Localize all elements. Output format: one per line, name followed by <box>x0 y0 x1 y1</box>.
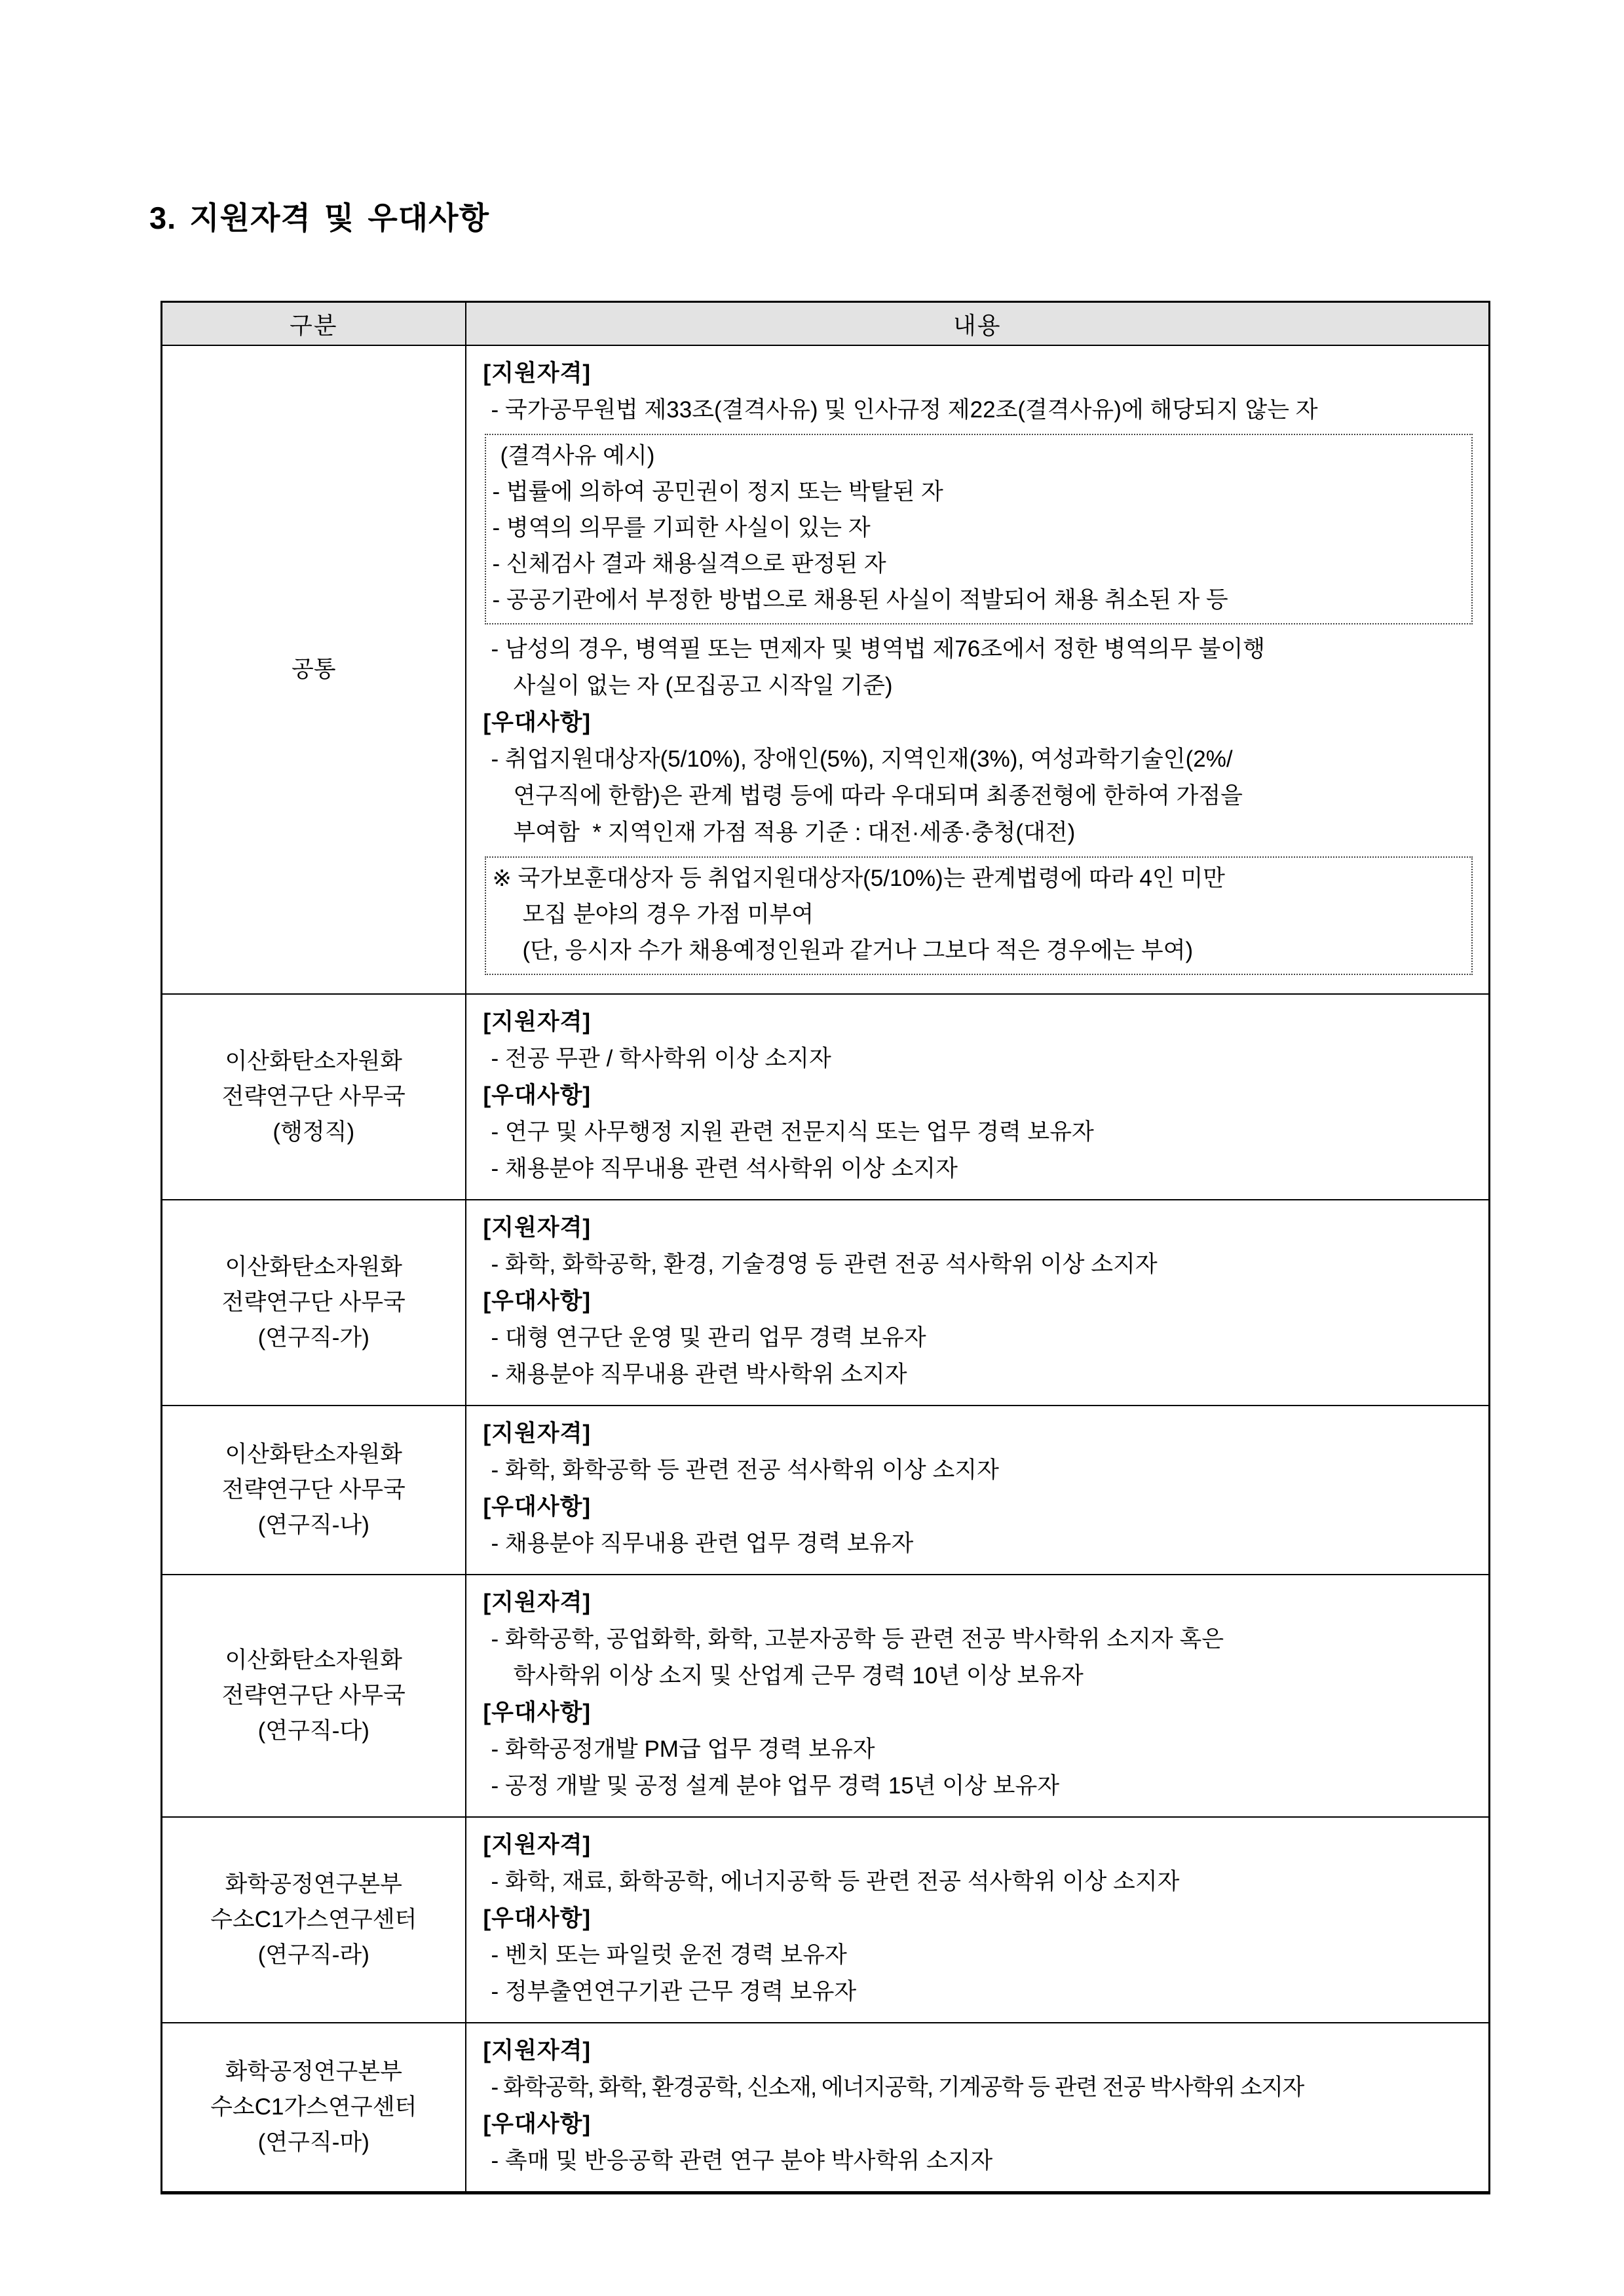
content-line: - 채용분야 직무내용 관련 박사학위 소지자 <box>483 1356 1482 1393</box>
content-line: (단, 응시자 수가 채용예정인원과 같거나 그보다 적은 경우에는 부여) <box>493 932 1462 968</box>
content-line: - 채용분야 직무내용 관련 업무 경력 보유자 <box>483 1525 1482 1562</box>
content-line: - 화학공정개발 PM급 업무 경력 보유자 <box>483 1731 1482 1768</box>
section-label: [우대사항] <box>483 1694 1482 1731</box>
category-line: (연구직-가) <box>166 1320 461 1356</box>
category-cell: 이산화탄소자원화전략연구단 사무국(연구직-다) <box>162 1575 466 1817</box>
category-cell: 이산화탄소자원화전략연구단 사무국(연구직-나) <box>162 1406 466 1575</box>
content-line: - 신체검사 결과 채용실격으로 판정된 자 <box>493 546 1462 582</box>
content-line: - 화학, 화학공학, 환경, 기술경영 등 관련 전공 석사학위 이상 소지자 <box>483 1246 1482 1283</box>
content-line: - 공공기관에서 부정한 방법으로 채용된 사실이 적발되어 채용 취소된 자 … <box>493 582 1462 618</box>
category-line: (연구직-다) <box>166 1713 461 1749</box>
content-cell: [지원자격]- 화학, 화학공학, 환경, 기술경영 등 관련 전공 석사학위 … <box>466 1200 1490 1406</box>
section-label: [우대사항] <box>483 1077 1482 1114</box>
category-line: 화학공정연구본부 <box>166 2054 461 2090</box>
section-label: [지원자격] <box>483 1827 1482 1864</box>
content-line: - 전공 무관 / 학사학위 이상 소지자 <box>483 1041 1482 1077</box>
content-line: 모집 분야의 경우 가점 미부여 <box>493 896 1462 932</box>
content-line: - 병역의 의무를 기피한 사실이 있는 자 <box>493 510 1462 546</box>
table-row: 이산화탄소자원화전략연구단 사무국(연구직-가)[지원자격]- 화학, 화학공학… <box>162 1200 1490 1406</box>
category-line: 전략연구단 사무국 <box>166 1472 461 1508</box>
category-line: 전략연구단 사무국 <box>166 1678 461 1713</box>
section-label: [지원자격] <box>483 1004 1482 1041</box>
qualifications-table: 구분 내용 공통[지원자격]- 국가공무원법 제33조(결격사유) 및 인사규정… <box>161 301 1490 2194</box>
category-line: 수소C1가스연구센터 <box>166 2090 461 2125</box>
table-body: 공통[지원자격]- 국가공무원법 제33조(결격사유) 및 인사규정 제22조(… <box>162 345 1490 2193</box>
section-label: [지원자격] <box>483 1584 1482 1621</box>
content-line: - 채용분야 직무내용 관련 석사학위 이상 소지자 <box>483 1151 1482 1187</box>
content-line: - 남성의 경우, 병역필 또는 면제자 및 병역법 제76조에서 정한 병역의… <box>483 631 1482 668</box>
content-line: - 화학공학, 화학, 환경공학, 신소재, 에너지공학, 기계공학 등 관련 … <box>483 2069 1482 2106</box>
content-cell: [지원자격]- 전공 무관 / 학사학위 이상 소지자[우대사항]- 연구 및 … <box>466 994 1490 1200</box>
content-line: - 공정 개발 및 공정 설계 분야 업무 경력 15년 이상 보유자 <box>483 1768 1482 1805</box>
content-cell: [지원자격]- 화학, 화학공학 등 관련 전공 석사학위 이상 소지자[우대사… <box>466 1406 1490 1575</box>
document-page: 3. 지원자격 및 우대사항 구분 내용 공통[지원자격]- 국가공무원법 제3… <box>0 0 1624 2194</box>
section-label: [우대사항] <box>483 1283 1482 1320</box>
category-line: 이산화탄소자원화 <box>166 1250 461 1285</box>
category-cell: 이산화탄소자원화전략연구단 사무국(연구직-가) <box>162 1200 466 1406</box>
table-row: 이산화탄소자원화전략연구단 사무국(행정직)[지원자격]- 전공 무관 / 학사… <box>162 994 1490 1200</box>
content-line: - 촉매 및 반응공학 관련 연구 분야 박사학위 소지자 <box>483 2143 1482 2179</box>
category-line: (연구직-마) <box>166 2125 461 2160</box>
table-row: 이산화탄소자원화전략연구단 사무국(연구직-나)[지원자격]- 화학, 화학공학… <box>162 1406 1490 1575</box>
section-label: [지원자격] <box>483 1210 1482 1246</box>
table-row: 화학공정연구본부수소C1가스연구센터(연구직-마)[지원자격]- 화학공학, 화… <box>162 2023 1490 2193</box>
category-line: (연구직-나) <box>166 1508 461 1543</box>
table-row: 이산화탄소자원화전략연구단 사무국(연구직-다)[지원자격]- 화학공학, 공업… <box>162 1575 1490 1817</box>
category-line: 이산화탄소자원화 <box>166 1643 461 1678</box>
category-cell: 화학공정연구본부수소C1가스연구센터(연구직-라) <box>162 1817 466 2023</box>
section-label: [우대사항] <box>483 704 1482 741</box>
category-line: 이산화탄소자원화 <box>166 1437 461 1472</box>
content-line: (결격사유 예시) <box>493 438 1462 474</box>
content-line: - 벤치 또는 파일럿 운전 경력 보유자 <box>483 1937 1482 1974</box>
category-line: (행정직) <box>166 1115 461 1150</box>
content-line: - 국가공무원법 제33조(결격사유) 및 인사규정 제22조(결격사유)에 해… <box>483 392 1482 429</box>
category-line: 수소C1가스연구센터 <box>166 1902 461 1938</box>
category-line: 공통 <box>166 652 461 687</box>
dashed-note-box: (결격사유 예시)- 법률에 의하여 공민권이 정지 또는 박탈된 자- 병역의… <box>485 434 1473 624</box>
table-row: 화학공정연구본부수소C1가스연구센터(연구직-라)[지원자격]- 화학, 재료,… <box>162 1817 1490 2023</box>
content-line: 연구직에 한함)은 관계 법령 등에 따라 우대되며 최종전형에 한하여 가점을 <box>483 778 1482 814</box>
category-line: (연구직-라) <box>166 1938 461 1973</box>
content-line: - 정부출연연구기관 근무 경력 보유자 <box>483 1974 1482 2010</box>
content-line: - 화학, 재료, 화학공학, 에너지공학 등 관련 전공 석사학위 이상 소지… <box>483 1864 1482 1900</box>
column-header-content: 내용 <box>466 302 1490 346</box>
content-cell: [지원자격]- 화학공학, 공업화학, 화학, 고분자공학 등 관련 전공 박사… <box>466 1575 1490 1817</box>
section-label: [우대사항] <box>483 2106 1482 2143</box>
content-cell: [지원자격]- 화학, 재료, 화학공학, 에너지공학 등 관련 전공 석사학위… <box>466 1817 1490 2023</box>
category-cell: 공통 <box>162 345 466 994</box>
column-header-category: 구분 <box>162 302 466 346</box>
content-line: - 화학, 화학공학 등 관련 전공 석사학위 이상 소지자 <box>483 1452 1482 1489</box>
content-line: - 화학공학, 공업화학, 화학, 고분자공학 등 관련 전공 박사학위 소지자… <box>483 1621 1482 1658</box>
section-label: [지원자격] <box>483 1415 1482 1452</box>
section-label: [우대사항] <box>483 1900 1482 1937</box>
dashed-note-box: ※ 국가보훈대상자 등 취업지원대상자(5/10%)는 관계법령에 따라 4인 … <box>485 856 1473 975</box>
content-line: - 법률에 의하여 공민권이 정지 또는 박탈된 자 <box>493 474 1462 510</box>
content-cell: [지원자격]- 화학공학, 화학, 환경공학, 신소재, 에너지공학, 기계공학… <box>466 2023 1490 2193</box>
content-line: 학사학위 이상 소지 및 산업계 근무 경력 10년 이상 보유자 <box>483 1658 1482 1694</box>
content-line: 사실이 없는 자 (모집공고 시작일 기준) <box>483 668 1482 704</box>
section-label: [지원자격] <box>483 2033 1482 2069</box>
category-line: 전략연구단 사무국 <box>166 1285 461 1320</box>
category-line: 화학공정연구본부 <box>166 1867 461 1902</box>
section-label: [우대사항] <box>483 1489 1482 1525</box>
section-label: [지원자격] <box>483 355 1482 392</box>
table-row: 공통[지원자격]- 국가공무원법 제33조(결격사유) 및 인사규정 제22조(… <box>162 345 1490 994</box>
table-header-row: 구분 내용 <box>162 302 1490 346</box>
category-cell: 이산화탄소자원화전략연구단 사무국(행정직) <box>162 994 466 1200</box>
category-line: 이산화탄소자원화 <box>166 1044 461 1079</box>
content-line: - 연구 및 사무행정 지원 관련 전문지식 또는 업무 경력 보유자 <box>483 1114 1482 1151</box>
content-line: - 대형 연구단 운영 및 관리 업무 경력 보유자 <box>483 1320 1482 1356</box>
content-line: 부여함 * 지역인재 가점 적용 기준 : 대전·세종·충청(대전) <box>483 814 1482 851</box>
content-line: ※ 국가보훈대상자 등 취업지원대상자(5/10%)는 관계법령에 따라 4인 … <box>493 860 1462 896</box>
content-line: - 취업지원대상자(5/10%), 장애인(5%), 지역인재(3%), 여성과… <box>483 741 1482 778</box>
category-line: 전략연구단 사무국 <box>166 1079 461 1115</box>
page-title: 3. 지원자격 및 우대사항 <box>149 194 1624 238</box>
category-cell: 화학공정연구본부수소C1가스연구센터(연구직-마) <box>162 2023 466 2193</box>
content-cell: [지원자격]- 국가공무원법 제33조(결격사유) 및 인사규정 제22조(결격… <box>466 345 1490 994</box>
